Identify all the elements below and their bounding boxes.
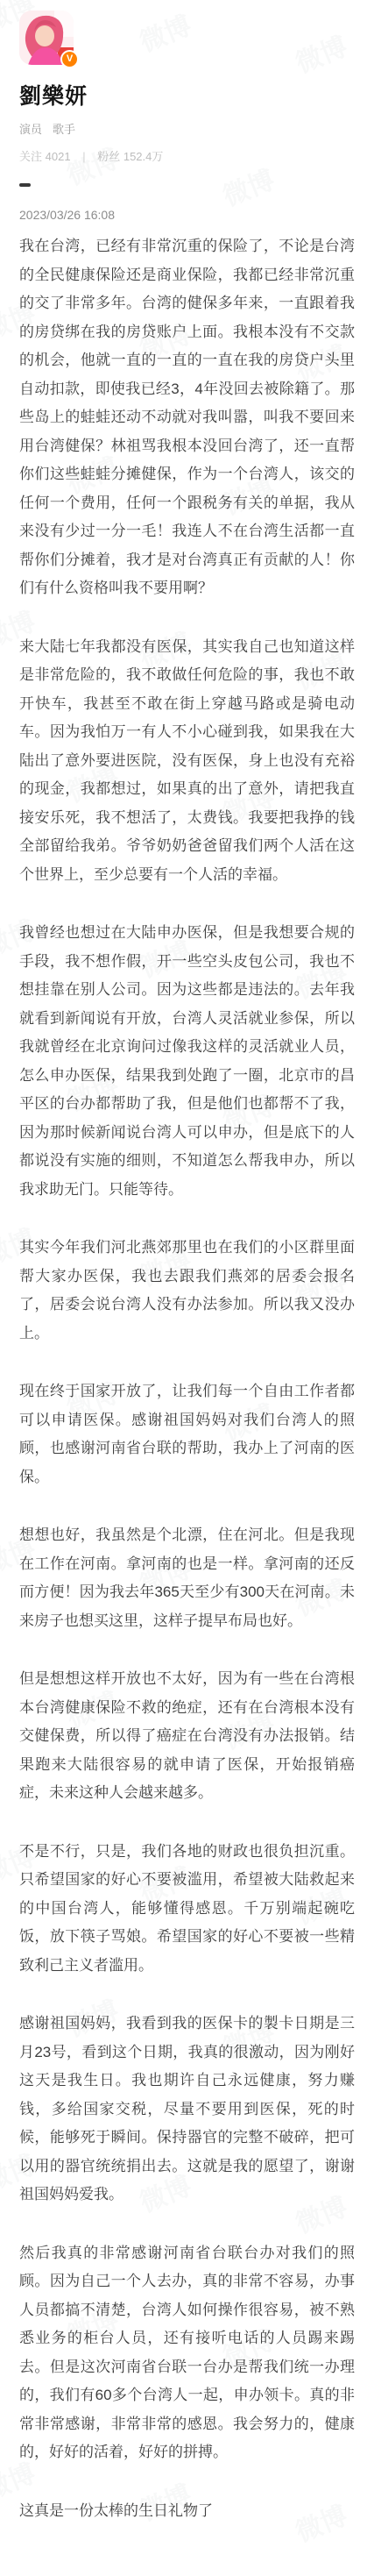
post-main: 2023/03/26 16:08 我在台湾，已经有非常沉重的保险了，不论是台湾的… bbox=[19, 208, 355, 2525]
divider-dash bbox=[19, 183, 31, 187]
profile-stats[interactable]: 关注 4021 | 粉丝 152.4万 bbox=[19, 147, 355, 164]
post-paragraph: 其实今年我们河北燕郊那里也在我们的小区群里面帮大家办医保，我也去跟我们燕郊的居委… bbox=[19, 1234, 355, 1348]
followers-count[interactable]: 152.4万 bbox=[123, 150, 164, 163]
post-paragraph: 想想也好，我虽然是个北漂，住在河北。但是我现在工作在河南。拿河南的也是一样。拿河… bbox=[19, 1521, 355, 1635]
profile-name[interactable]: 劉樂妍 bbox=[19, 79, 355, 110]
post-paragraph: 然后我真的非常感谢河南省台联台办对我们的照顾。因为自己一个人去办，真的非常不容易… bbox=[19, 2239, 355, 2467]
profile-role: 歌手 bbox=[53, 123, 75, 136]
post-paragraph: 不是不行，只是，我们各地的财政也很负担沉重。只希望国家的好心不要被滥用，希望被大… bbox=[19, 1838, 355, 1981]
post-timestamp: 2023/03/26 16:08 bbox=[19, 208, 355, 222]
post-paragraph: 但是想想这样开放也不太好，因为有一些在台湾根本台湾健康保险不救的绝症，还有在台湾… bbox=[19, 1665, 355, 1808]
post-paragraph: 感谢祖国妈妈，我看到我的医保卡的製卡日期是三月23号，看到这个日期，我真的很激动… bbox=[19, 2010, 355, 2210]
followers-label[interactable]: 粉丝 bbox=[97, 150, 120, 163]
post-paragraph: 来大陆七年我都没有医保，其实我自己也知道这样是非常危险的，我不敢做任何危险的事，… bbox=[19, 633, 355, 890]
post-paragraph: 这真是一份太棒的生日礼物了 bbox=[19, 2497, 355, 2526]
avatar[interactable]: V bbox=[19, 11, 74, 65]
profile-role: 演员 bbox=[19, 123, 42, 136]
stats-separator: | bbox=[82, 150, 85, 163]
following-count[interactable]: 4021 bbox=[46, 150, 71, 163]
profile-description: 演员歌手 bbox=[19, 120, 355, 137]
post-paragraph: 我曾经也想过在大陆申办医保，但是我想要合规的手段，我不想作假，开一些空头皮包公司… bbox=[19, 919, 355, 1204]
profile-header: V 劉樂妍 演员歌手 关注 4021 | 粉丝 152.4万 bbox=[19, 11, 355, 187]
weibo-post-page: 微博微博微博微博微博微博微博微博微博微博微博微博微博微博微博微博微博微博微博微博… bbox=[0, 0, 374, 2576]
verified-badge-icon: V bbox=[60, 50, 79, 68]
following-label[interactable]: 关注 bbox=[19, 150, 42, 163]
post-paragraph: 我在台湾，已经有非常沉重的保险了，不论是台湾的全民健康保险还是商业保险，我都已经… bbox=[19, 232, 355, 603]
post-paragraph: 现在终于国家开放了，让我们每一个自由工作者都可以申请医保。感谢祖国妈妈对我们台湾… bbox=[19, 1377, 355, 1491]
post-body: 我在台湾，已经有非常沉重的保险了，不论是台湾的全民健康保险还是商业保险，我都已经… bbox=[19, 232, 355, 2525]
